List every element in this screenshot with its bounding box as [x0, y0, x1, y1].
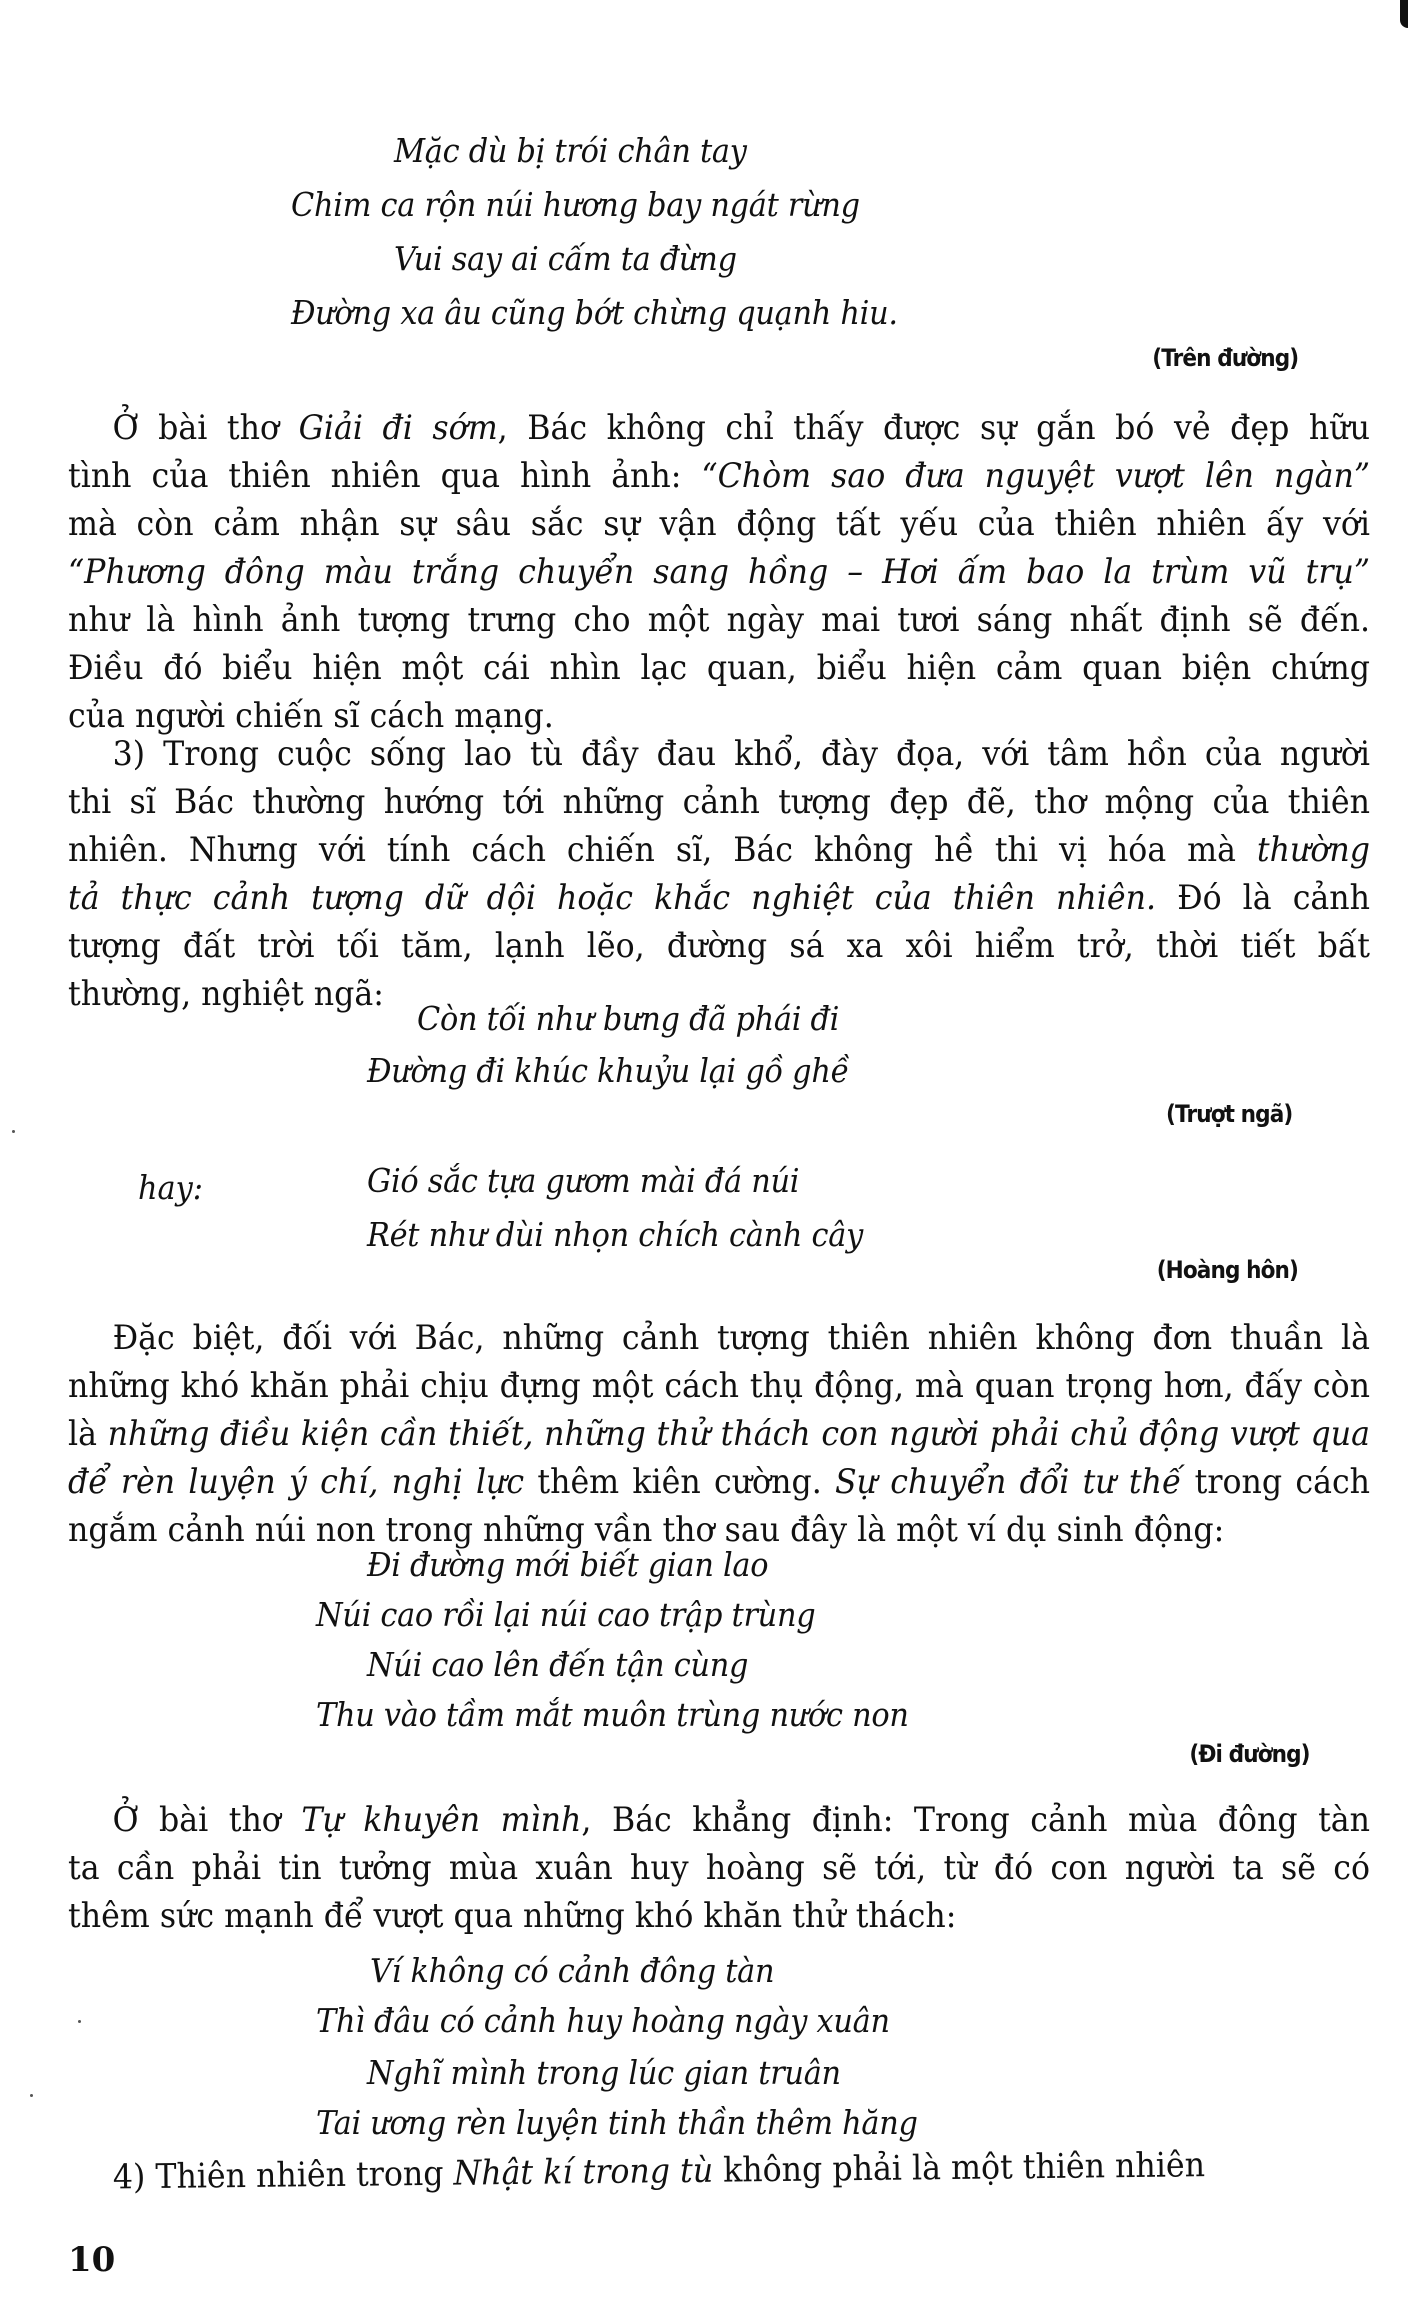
verse-line: Nghĩ mình trong lúc gian truân [367, 2056, 841, 2089]
italic-run: “Chòm sao đưa nguyệt vượt lên ngàn” [701, 456, 1370, 496]
verse-line: Thì đâu có cảnh huy hoàng ngày xuân [316, 2004, 890, 2037]
verse-line: Ví không có cảnh đông tàn [370, 1954, 774, 1987]
poem-prefix: hay: [138, 1168, 203, 1207]
verse-line: Thu vào tầm mắt muôn trùng nước non [316, 1698, 909, 1731]
scan-speck [30, 2094, 33, 2097]
verse-line: Vui say ai cấm ta đừng [394, 242, 737, 275]
poem-source: (Hoàng hôn) [1157, 1256, 1298, 1284]
verse-line: Mặc dù bị trói chân tay [394, 134, 747, 167]
text-line: Điều đó biểu hiện một cái nhìn lạc quan,… [68, 644, 1370, 692]
text-line: ta cần phải tin tưởng mùa xuân huy hoàng… [68, 1844, 1370, 1892]
text-line: “Phương đông màu trắng chuyển sang hồng … [68, 548, 1370, 596]
text-line: tượng đất trời tối tăm, lạnh lẽo, đường … [68, 922, 1370, 970]
text-line: nhiên. Nhưng với tính cách chiến sĩ, Bác… [68, 826, 1370, 874]
italic-run: “Phương đông màu trắng chuyển sang hồng … [68, 552, 1370, 592]
text-line: như là hình ảnh tượng trưng cho một ngày… [68, 596, 1370, 644]
text-line: để rèn luyện ý chí, nghị lực thêm kiên c… [68, 1458, 1370, 1506]
text-line: Đặc biệt, đối với Bác, những cảnh tượng … [68, 1314, 1370, 1362]
text-line: 3) Trong cuộc sống lao tù đầy đau khổ, đ… [68, 730, 1370, 778]
text-line: là những điều kiện cần thiết, những thử … [68, 1410, 1370, 1458]
verse-line: Còn tối như bưng đã phái đi [417, 1002, 839, 1035]
text-line: Ở bài thơ Tự khuyên mình, Bác khẳng định… [68, 1796, 1370, 1844]
paragraph: Ở bài thơ Giải đi sớm, Bác không chỉ thấ… [68, 404, 1370, 740]
italic-run: Giải đi sớm [299, 408, 498, 448]
scan-speck [12, 1130, 15, 1133]
italic-run: thường [1257, 830, 1370, 870]
verse-line: Đường xa âu cũng bớt chừng quạnh hiu. [291, 296, 898, 329]
poem-source: (Trên đường) [1152, 344, 1298, 372]
verse-line: Rét như dùi nhọn chích cành cây [367, 1218, 863, 1251]
scan-edge-mark [1400, 0, 1408, 28]
text-line: 4) Thiên nhiên trong Nhật kí trong tù kh… [68, 2139, 1370, 2202]
italic-run: những điều kiện cần thiết, những thử thá… [108, 1414, 1370, 1454]
verse-line: Đường đi khúc khuỷu lại gồ ghề [367, 1054, 849, 1087]
poem-source: (Đi đường) [1190, 1740, 1310, 1768]
verse-line: Đi đường mới biết gian lao [367, 1548, 768, 1581]
paragraph: 4) Thiên nhiên trong Nhật kí trong tù kh… [68, 2139, 1370, 2202]
italic-run: để rèn luyện ý chí, nghị lực [68, 1462, 524, 1502]
text-line: Ở bài thơ Giải đi sớm, Bác không chỉ thấ… [68, 404, 1370, 452]
verse-line: Tai ương rèn luyện tinh thần thêm hăng [316, 2106, 918, 2139]
paragraph: Ở bài thơ Tự khuyên mình, Bác khẳng định… [68, 1796, 1370, 1940]
italic-run: Sự chuyển đổi tư thế [835, 1462, 1181, 1502]
paragraph: Đặc biệt, đối với Bác, những cảnh tượng … [68, 1314, 1370, 1554]
text-line: mà còn cảm nhận sự sâu sắc sự vận động t… [68, 500, 1370, 548]
verse-line: Chim ca rộn núi hương bay ngát rừng [291, 188, 860, 221]
book-page: Mặc dù bị trói chân tay Chim ca rộn núi … [0, 0, 1408, 2304]
poem-source: (Trượt ngã) [1166, 1100, 1292, 1128]
verse-line: Gió sắc tựa gươm mài đá núi [367, 1164, 799, 1197]
text-line: những khó khăn phải chịu đựng một cách t… [68, 1362, 1370, 1410]
paragraph: 3) Trong cuộc sống lao tù đầy đau khổ, đ… [68, 730, 1370, 1018]
italic-run: tả thực cảnh tượng dữ dội hoặc khắc nghi… [68, 878, 1156, 918]
text-line: tình của thiên nhiên qua hình ảnh: “Chòm… [68, 452, 1370, 500]
page-number: 10 [68, 2240, 115, 2280]
scan-speck [78, 2020, 81, 2023]
verse-line: Núi cao rồi lại núi cao trập trùng [316, 1598, 815, 1631]
verse-line: Núi cao lên đến tận cùng [367, 1648, 748, 1681]
text-line: thi sĩ Bác thường hướng tới những cảnh t… [68, 778, 1370, 826]
italic-run: Nhật kí trong tù [453, 2151, 713, 2194]
text-line: thêm sức mạnh để vượt qua những khó khăn… [68, 1892, 1370, 1940]
text-line: tả thực cảnh tượng dữ dội hoặc khắc nghi… [68, 874, 1370, 922]
italic-run: Tự khuyên mình [301, 1800, 581, 1840]
